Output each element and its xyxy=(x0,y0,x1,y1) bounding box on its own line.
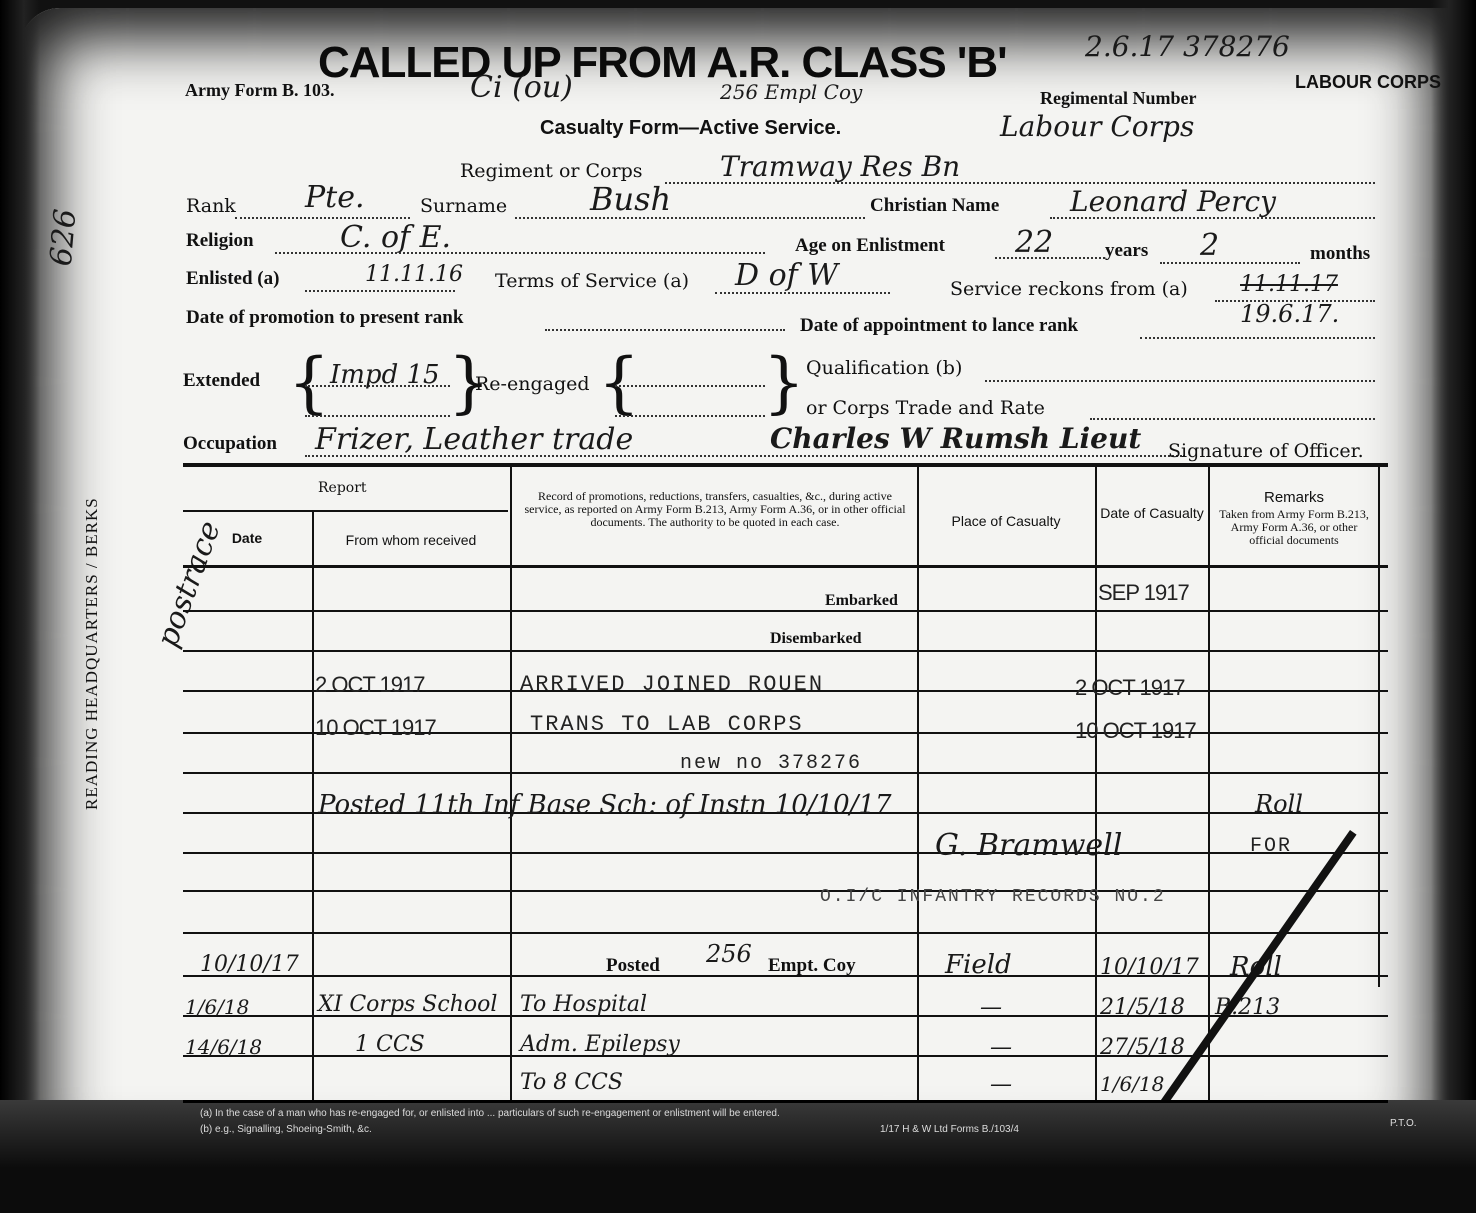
row-posted-date: 10/10/17 xyxy=(200,952,299,977)
posted-label: Posted xyxy=(606,955,660,977)
table-row-rule xyxy=(183,650,1388,652)
footnote-b: (b) e.g., Signalling, Shoeing-Smith, &c. xyxy=(200,1124,372,1135)
rank-value: Pte. xyxy=(305,180,365,215)
religion-value: C. of E. xyxy=(340,220,451,255)
age-years-value: 22 xyxy=(1015,225,1053,260)
row-hospital-place: — xyxy=(980,995,1002,1020)
row-embarked-date: SEP 1917 xyxy=(1098,580,1189,606)
row-hospital-from: XI Corps School xyxy=(318,992,497,1017)
extended-bracket-open: { xyxy=(288,350,330,416)
row-ccs-record: To 8 CCS xyxy=(520,1070,623,1095)
form-number: Army Form B. 103. xyxy=(185,80,334,101)
row-adm-from: 1 CCS xyxy=(355,1032,425,1057)
handwritten-regimental-number: 2.6.17 378276 xyxy=(1085,30,1290,63)
occupation-value: Frizer, Leather trade xyxy=(315,422,633,457)
reengaged-bracket-close: } xyxy=(763,350,805,416)
reading-headquarters-stamp: READING HEADQUARTERS / BERKS xyxy=(82,497,102,810)
regiment-label: Regiment or Corps xyxy=(460,160,643,182)
enlisted-value: 11.11.16 xyxy=(365,262,463,287)
row-trans-from: 10 OCT 1917 xyxy=(315,715,436,741)
age-label: Age on Enlistment xyxy=(795,235,945,257)
regimental-number-label: Regimental Number xyxy=(1040,88,1196,109)
margin-handwritten-number: 626 xyxy=(44,207,84,267)
scan-border-right xyxy=(1431,0,1476,1213)
surname-value: Bush xyxy=(590,180,671,218)
months-label: months xyxy=(1310,243,1370,265)
officer-signature-label: Signature of Officer. xyxy=(1168,440,1364,462)
christian-name-value: Leonard Percy xyxy=(1070,185,1276,218)
row-adm-record: Adm. Epilepsy xyxy=(520,1032,680,1057)
printer-imprint: 1/17 H & W Ltd Forms B./103/4 xyxy=(880,1124,1019,1135)
col-remarks-subheader: Taken from Army Form B.213, Army Form A.… xyxy=(1215,508,1373,547)
row-posted-school-remark: Roll xyxy=(1255,790,1303,818)
occupation-label: Occupation xyxy=(183,433,277,455)
extended-label: Extended xyxy=(183,370,260,392)
report-header: Report xyxy=(318,480,367,496)
officer-records-signature: G. Bramwell xyxy=(935,828,1122,863)
row-adm-place: — xyxy=(990,1035,1012,1060)
col-place-header: Place of Casualty xyxy=(918,513,1094,529)
col-record-header: Record of promotions, reductions, transf… xyxy=(520,490,910,529)
row-posted-place: Field xyxy=(945,950,1012,980)
lance-rank-label: Date of appointment to lance rank xyxy=(800,315,1078,337)
row-new-number: new no 378276 xyxy=(680,752,862,775)
row-arrived-from: 2 OCT 1917 xyxy=(315,672,424,698)
reengaged-label: Re-engaged xyxy=(475,373,590,395)
col-date-header: Date xyxy=(183,530,311,546)
handwritten-corps: Labour Corps xyxy=(1000,110,1194,143)
promotion-label: Date of promotion to present rank xyxy=(186,307,463,329)
row-adm-date: 14/6/18 xyxy=(185,1035,262,1059)
col-remarks-header: Remarks xyxy=(1210,490,1378,506)
form-title: Casualty Form—Active Service. xyxy=(540,117,841,140)
row-posted-school: Posted 11th Inf Base Sch: of Instn 10/10… xyxy=(318,790,892,820)
handwritten-class: Ci (ou) xyxy=(470,70,573,105)
col-from-header: From whom received xyxy=(313,532,509,548)
christian-name-label: Christian Name xyxy=(870,195,999,217)
posted-number: 256 xyxy=(706,940,752,968)
row-embarked: Embarked xyxy=(825,592,898,610)
row-trans-record: TRANS TO LAB CORPS xyxy=(530,712,804,737)
handwritten-unit: 256 Empl Coy xyxy=(720,80,862,104)
row-hospital-record: To Hospital xyxy=(520,992,647,1017)
row-hospital-date: 1/6/18 xyxy=(185,995,249,1019)
enlisted-label: Enlisted (a) xyxy=(186,268,279,290)
service-reckons-struck: 11.11.17 xyxy=(1240,272,1338,297)
table-row-rule xyxy=(183,610,1388,612)
row-trans-date: 10 OCT 1917 xyxy=(1075,718,1196,744)
years-label: years xyxy=(1105,240,1148,262)
for-stamp: FOR xyxy=(1250,835,1292,858)
extended-value: Impd 15 xyxy=(330,360,440,390)
labour-corps-stamp: LABOUR CORPS xyxy=(1295,72,1441,93)
row-posted-date-casualty: 10/10/17 xyxy=(1100,955,1199,980)
table-row-rule xyxy=(183,890,1388,892)
row-arrived-record: ARRIVED JOINED ROUEN xyxy=(520,672,824,697)
surname-label: Surname xyxy=(420,195,507,217)
officer-signature: Charles W Rumsh Lieut xyxy=(770,422,1141,455)
pto-label: P.T.O. xyxy=(1390,1118,1417,1129)
posted-unit-label: Empt. Coy xyxy=(768,955,856,977)
terms-value: D of W xyxy=(735,258,838,293)
religion-label: Religion xyxy=(186,230,254,252)
rank-label: Rank xyxy=(186,195,236,217)
table-row-rule xyxy=(183,932,1388,934)
terms-label: Terms of Service (a) xyxy=(495,270,689,292)
table-row-rule xyxy=(183,852,1388,854)
regiment-value: Tramway Res Bn xyxy=(720,150,960,183)
footnote-a: (a) In the case of a man who has re-enga… xyxy=(200,1108,780,1119)
reengaged-bracket-open: { xyxy=(598,350,640,416)
infantry-records-stamp: O.I/C INFANTRY RECORDS NO.2 xyxy=(820,887,1166,907)
called-up-stamp: CALLED UP FROM A.R. CLASS 'B' xyxy=(318,38,1007,88)
row-adm-date-casualty: 27/5/18 xyxy=(1100,1035,1185,1060)
row-hospital-date-casualty: 21/5/18 xyxy=(1100,995,1185,1020)
corps-trade-label: or Corps Trade and Rate xyxy=(806,397,1045,419)
service-reckons-label: Service reckons from (a) xyxy=(950,278,1188,300)
row-ccs-date-casualty: 1/6/18 xyxy=(1100,1072,1164,1096)
row-disembarked: Disembarked xyxy=(770,630,862,648)
row-ccs-place: — xyxy=(990,1072,1012,1097)
scan-border-left xyxy=(0,0,40,1213)
qualification-label: Qualification (b) xyxy=(806,357,962,379)
age-months-value: 2 xyxy=(1200,228,1219,263)
col-date-casualty-header: Date of Casualty xyxy=(1096,505,1208,521)
row-arrived-date: 2 OCT 1917 xyxy=(1075,675,1184,701)
service-reckons-value: 19.6.17. xyxy=(1240,300,1339,328)
